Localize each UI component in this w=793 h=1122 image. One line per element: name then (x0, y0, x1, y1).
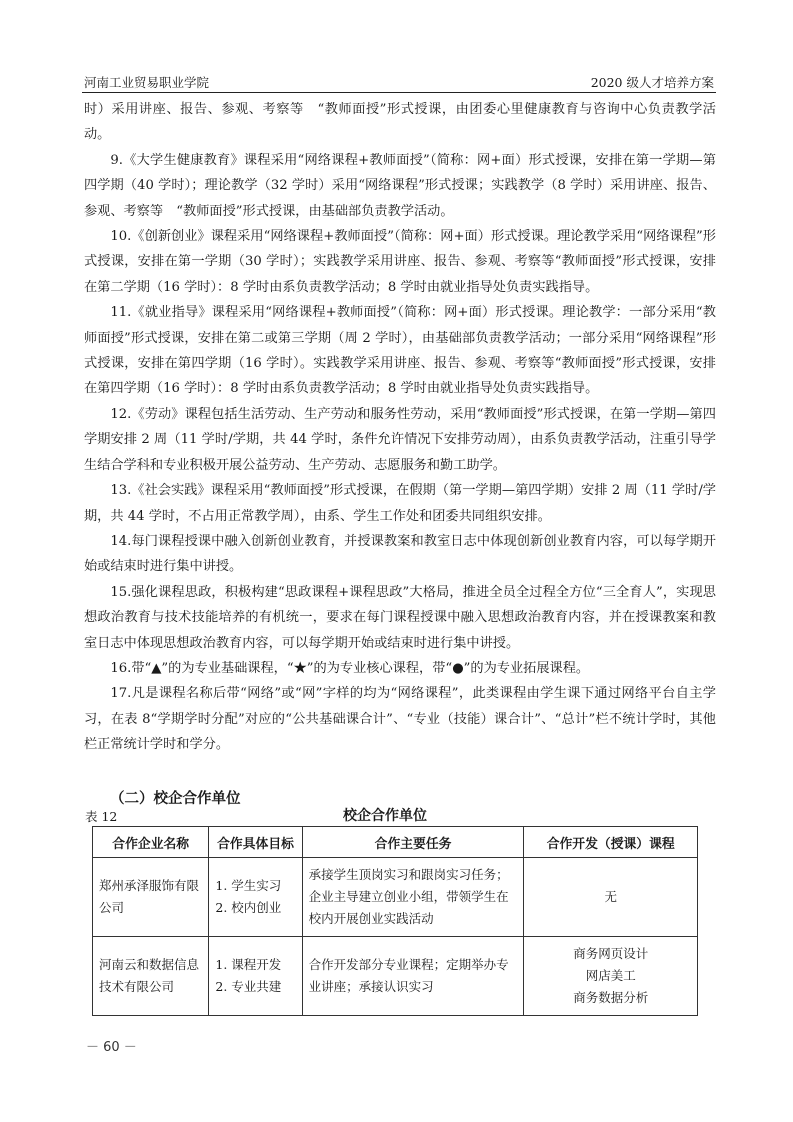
cooperation-table: 合作企业名称 合作具体目标 合作主要任务 合作开发（授课）课程 郑州承泽服饰有限… (92, 826, 698, 1016)
page-number: － 60 － (86, 1036, 137, 1055)
cell-company: 河南云和数据信息技术有限公司 (93, 937, 209, 1016)
table-row: 郑州承泽服饰有限公司 1. 学生实习 2. 校内创业 承接学生顶岗实习和跟岗实习… (93, 858, 698, 937)
cell-tasks: 合作开发部分专业课程；定期举办专业讲座；承接认识实习 (302, 937, 524, 1016)
column-header-company: 合作企业名称 (93, 827, 209, 858)
cell-company: 郑州承泽服饰有限公司 (93, 858, 209, 937)
page-header: 河南工业贸易职业学院 2020 级人才培养方案 (82, 74, 716, 93)
column-header-tasks: 合作主要任务 (302, 827, 524, 858)
cell-courses: 商务网页设计 网店美工 商务数据分析 (524, 937, 698, 1016)
table-label: 表 12 (85, 807, 117, 825)
cell-goals: 1. 课程开发 2. 专业共建 (209, 937, 302, 1016)
paragraph-item-11: 11.《就业指导》课程采用“网络课程+教师面授”（简称：网+面）形式授课。理论教… (84, 300, 716, 402)
section-heading: （二）校企合作单位 (110, 787, 241, 808)
cell-courses: 无 (524, 858, 698, 937)
paragraph-continuation: 时）采用讲座、报告、参观、考察等 “教师面授”形式授课，由团委心里健康教育与咨询… (84, 97, 716, 148)
paragraph-item-10: 10.《创新创业》课程采用“网络课程+教师面授”（简称：网+面）形式授课。理论教… (84, 224, 716, 300)
course-item: 商务数据分析 (530, 987, 691, 1009)
cell-goals: 1. 学生实习 2. 校内创业 (209, 858, 302, 937)
goal-item: 1. 学生实习 (215, 875, 295, 897)
table-row: 河南云和数据信息技术有限公司 1. 课程开发 2. 专业共建 合作开发部分专业课… (93, 937, 698, 1016)
table-header-row: 合作企业名称 合作具体目标 合作主要任务 合作开发（授课）课程 (93, 827, 698, 858)
paragraph-item-13: 13.《社会实践》课程采用“教师面授”形式授课，在假期（第一学期—第四学期）安排… (84, 478, 716, 529)
course-item: 网店美工 (530, 965, 691, 987)
paragraph-item-17: 17.凡是课程名称后带“网络”或“网”字样的均为“网络课程”，此类课程由学生课下… (84, 681, 716, 757)
paragraph-item-16: 16.带“▲”的为专业基础课程，“★”的为专业核心课程，带“●”的为专业拓展课程… (84, 656, 716, 681)
cell-tasks: 承接学生顶岗实习和跟岗实习任务；企业主导建立创业小组，带领学生在校内开展创业实践… (302, 858, 524, 937)
course-item: 商务网页设计 (530, 943, 691, 965)
table-title: 校企合作单位 (343, 805, 427, 825)
goal-item: 1. 课程开发 (215, 954, 295, 976)
goal-item: 2. 专业共建 (215, 976, 295, 998)
body-text: 时）采用讲座、报告、参观、考察等 “教师面授”形式授课，由团委心里健康教育与咨询… (84, 97, 716, 758)
goal-item: 2. 校内创业 (215, 897, 295, 919)
header-document-title: 2020 级人才培养方案 (591, 74, 714, 92)
paragraph-item-14: 14.每门课程授课中融入创新创业教育，并授课教案和教室日志中体现创新创业教育内容… (84, 529, 716, 580)
paragraph-item-15: 15.强化课程思政，积极构建“思政课程+课程思政”大格局，推进全员全过程全方位“… (84, 580, 716, 656)
column-header-goals: 合作具体目标 (209, 827, 302, 858)
column-header-courses: 合作开发（授课）课程 (524, 827, 698, 858)
course-item: 无 (530, 886, 691, 908)
header-institution: 河南工业贸易职业学院 (84, 74, 209, 92)
paragraph-item-9: 9.《大学生健康教育》课程采用“网络课程+教师面授”（简称：网+面）形式授课，安… (84, 148, 716, 224)
paragraph-item-12: 12.《劳动》课程包括生活劳动、生产劳动和服务性劳动，采用“教师面授”形式授课，… (84, 402, 716, 478)
